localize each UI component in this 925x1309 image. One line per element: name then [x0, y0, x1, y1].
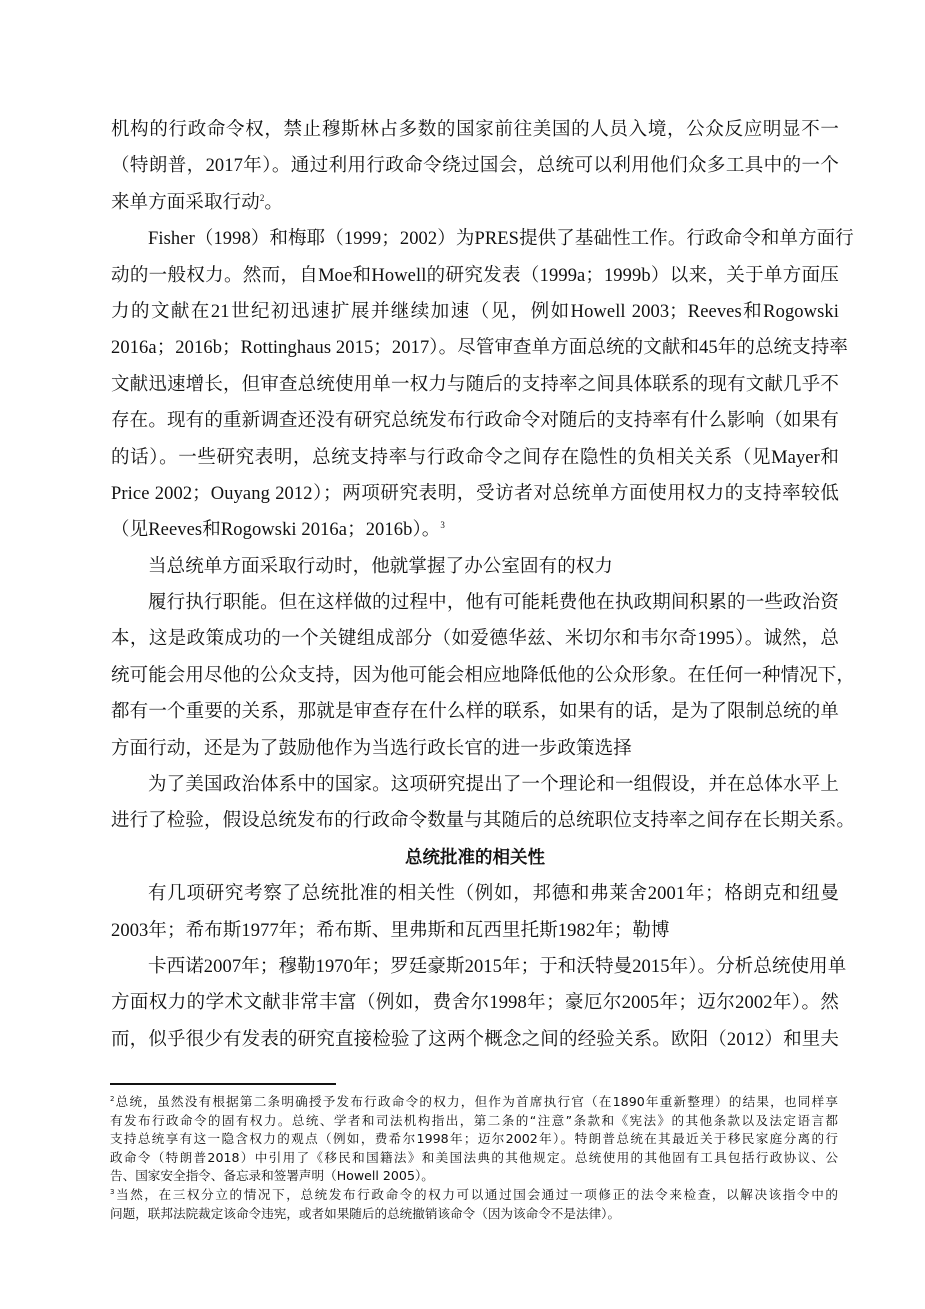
text-line: 力的文献在21世纪初迅速扩展并继续加速（见，例如Howell 2003；Reev…: [111, 294, 839, 330]
text-line: （特朗普，2017年）。通过利用行政命令绕过国会，总统可以利用他们众多工具中的一…: [111, 148, 839, 184]
text-line: 都有一个重要的关系，那就是审查存在什么样的联系，如果有的话，是为了限制总统的单: [111, 694, 839, 730]
text-line: 方面行动，还是为了鼓励他作为当选行政长官的进一步政策选择: [111, 731, 839, 767]
text-line: 动的一般权力。然而，自Moe和Howell的研究发表（1999a；1999b）以…: [111, 258, 839, 294]
text-line: （见Reeves和Rogowski 2016a；2016b）。3: [111, 512, 839, 548]
footnote-ref[interactable]: 3: [440, 520, 445, 530]
text-line: 存在。现有的重新调查还没有研究总统发布行政命令对随后的支持率有什么影响（如果有: [111, 403, 839, 439]
footnote-3: 3当然，在三权分立的情况下，总统发布行政命令的权力可以通过国会通过一项修正的法令…: [110, 1186, 840, 1223]
text-line: 为了美国政治体系中的国家。这项研究提出了一个理论和一组假设，并在总体水平上: [111, 767, 839, 803]
text-line: 当总统单方面采取行动时，他就掌握了办公室固有的权力: [111, 549, 839, 585]
paragraph: 有几项研究考察了总统批准的相关性（例如，邦德和弗莱舍2001年；格朗克和纽曼 2…: [111, 876, 841, 949]
text-span: 。: [264, 193, 283, 213]
paragraph: 履行执行职能。但在这样做的过程中，他有可能耗费他在执政期间积累的一些政治资 本，…: [111, 585, 841, 767]
paragraph: 卡西诺2007年；穆勒1970年；罗廷豪斯2015年；于和沃特曼2015年）。分…: [111, 949, 841, 1058]
text-line: 方面权力的学术文献非常丰富（例如，费舍尔1998年；豪厄尔2005年；迈尔200…: [111, 985, 839, 1021]
text-line: 机构的行政命令权，禁止穆斯林占多数的国家前往美国的人员入境，公众反应明显不一: [111, 112, 839, 148]
footnote-line: 问题，联邦法院裁定该命令违宪，或者如果随后的总统撤销该命令（因为该命令不是法律）…: [110, 1205, 838, 1224]
text-line: 而，似乎很少有发表的研究直接检验了这两个概念之间的经验关系。欧阳（2012）和里…: [111, 1022, 839, 1058]
paragraph: Fisher（1998）和梅耶（1999；2002）为PRES提供了基础性工作。…: [111, 221, 841, 549]
paragraph: 机构的行政命令权，禁止穆斯林占多数的国家前往美国的人员入境，公众反应明显不一 （…: [111, 112, 841, 221]
text-line: 本，这是政策成功的一个关键组成部分（如爱德华兹、米切尔和韦尔奇1995）。诚然，…: [111, 621, 839, 657]
paragraph: 为了美国政治体系中的国家。这项研究提出了一个理论和一组假设，并在总体水平上 进行…: [111, 767, 841, 840]
text-line: 进行了检验，假设总统发布的行政命令数量与其随后的总统职位支持率之间存在长期关系。: [111, 803, 839, 839]
footnote-2: 2总统，虽然没有根据第二条明确授予发布行政命令的权力，但作为首席执行官（在189…: [110, 1093, 840, 1186]
text-line: 卡西诺2007年；穆勒1970年；罗廷豪斯2015年；于和沃特曼2015年）。分…: [111, 949, 839, 985]
text-line: 来单方面采取行动2。: [111, 185, 839, 221]
footnote-line: 支持总统享有这一隐含权力的观点（例如，费希尔1998年；迈尔2002年）。特朗普…: [110, 1130, 838, 1149]
text-line: 2003年；希布斯1977年；希布斯、里弗斯和瓦西里托斯1982年；勒博: [111, 913, 839, 949]
text-line: 文献迅速增长，但审查总统使用单一权力与随后的支持率之间具体联系的现有文献几乎不: [111, 367, 839, 403]
text-line: 2016a；2016b；Rottinghaus 2015；2017）。尽管审查单…: [111, 330, 839, 366]
text-span: （见Reeves和Rogowski 2016a；2016b）。: [111, 520, 440, 540]
footnote-line: 有发布行政命令的固有权力。总统、学者和司法机构指出，第二条的“注意”条款和《宪法…: [110, 1112, 838, 1131]
footnote-line: 政命令（特朗普2018）中引用了《移民和国籍法》和美国法典的其他规定。总统使用的…: [110, 1149, 838, 1168]
footnote-separator: [110, 1083, 336, 1085]
footnote-line: 告、国家安全指令、备忘录和签署声明（Howell 2005）。: [110, 1167, 838, 1186]
text-span: 当然，在三权分立的情况下，总统发布行政命令的权力可以通过国会通过一项修正的法令来…: [114, 1187, 838, 1202]
section-heading: 总统批准的相关性: [111, 840, 839, 876]
text-line: 的话）。一些研究表明，总统支持率与行政命令之间存在隐性的负相关关系（见Mayer…: [111, 440, 839, 476]
footnote-line: 3当然，在三权分立的情况下，总统发布行政命令的权力可以通过国会通过一项修正的法令…: [110, 1186, 838, 1205]
document-page: 机构的行政命令权，禁止穆斯林占多数的国家前往美国的人员入境，公众反应明显不一 （…: [111, 112, 841, 1058]
text-line: Fisher（1998）和梅耶（1999；2002）为PRES提供了基础性工作。…: [111, 221, 839, 257]
text-line: Price 2002；Ouyang 2012）；两项研究表明，受访者对总统单方面…: [111, 476, 839, 512]
text-span: 总统，虽然没有根据第二条明确授予发布行政命令的权力，但作为首席执行官（在1890…: [114, 1094, 838, 1109]
text-line: 履行执行职能。但在这样做的过程中，他有可能耗费他在执政期间积累的一些政治资: [111, 585, 839, 621]
text-span: 来单方面采取行动: [111, 193, 260, 213]
paragraph: 当总统单方面采取行动时，他就掌握了办公室固有的权力: [111, 549, 841, 585]
text-line: 统可能会用尽他的公众支持，因为他可能会相应地降低他的公众形象。在任何一种情况下，: [111, 658, 839, 694]
text-line: 有几项研究考察了总统批准的相关性（例如，邦德和弗莱舍2001年；格朗克和纽曼: [111, 876, 839, 912]
footnotes: 2总统，虽然没有根据第二条明确授予发布行政命令的权力，但作为首席执行官（在189…: [110, 1093, 840, 1223]
footnote-line: 2总统，虽然没有根据第二条明确授予发布行政命令的权力，但作为首席执行官（在189…: [110, 1093, 838, 1112]
